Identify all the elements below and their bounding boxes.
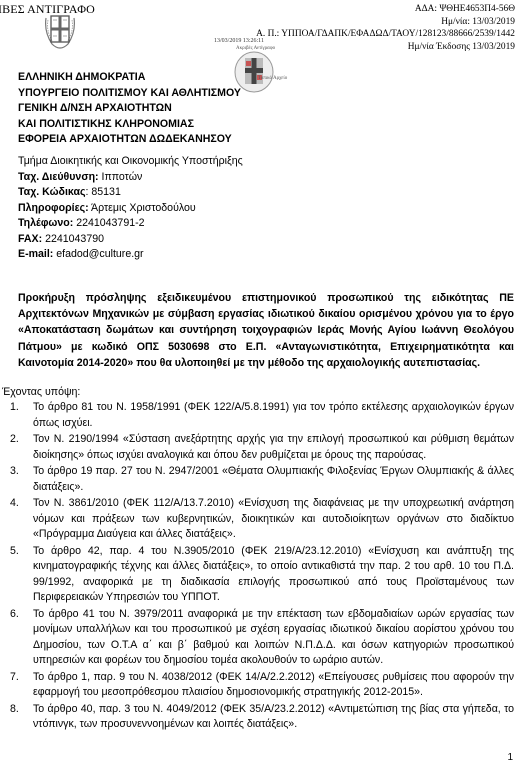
document-reference-block: ΑΔΑ: ΨΘΗΕ4653Π4-56Θ Ημ/νία: 13/03/2019 Α…: [256, 3, 515, 53]
protocol-number: Α. Π.: ΥΠΠΟΑ/ΓΔΑΠΚ/ΕΦΑΔΩΔ/ΤΑΟΥ/128123/88…: [256, 28, 515, 41]
phone-value: 2241043791-2: [73, 217, 144, 229]
fax-row: FAX: 2241043790: [18, 232, 243, 248]
list-item: 4.Τον Ν. 3861/2010 (ΦΕΚ 112/Α/13.7.2010)…: [10, 496, 514, 543]
issuing-authority-header: ΕΛΛΗΝΙΚΗ ΔΗΜΟΚΡΑΤΙΑ ΥΠΟΥΡΓΕΙΟ ΠΟΛΙΤΙΣΜΟΥ…: [18, 70, 241, 148]
list-item: 2.Τον Ν. 2190/1994 «Σύσταση ανεξάρτητης …: [10, 432, 514, 463]
email-label: E-mail:: [18, 248, 53, 260]
postal-code-label: Ταχ. Κώδικας: [18, 186, 85, 198]
greek-state-emblem-icon: [42, 10, 78, 52]
department-name: Τμήμα Διοικητικής και Οικονομικής Υποστή…: [18, 154, 243, 170]
fax-value: 2241043790: [42, 233, 104, 245]
page-number: 1: [507, 752, 513, 763]
postal-code-row: Ταχ. Κώδικας: 85131: [18, 185, 243, 201]
announcement-subject: Προκήρυξη πρόσληψης εξειδικευμένου επιστ…: [18, 290, 514, 371]
email-value: efadod@culture.gr: [53, 248, 143, 260]
list-item: 6.Το άρθρο 41 του Ν. 3979/2011 αναφορικά…: [10, 607, 514, 669]
email-row: E-mail: efadod@culture.gr: [18, 247, 243, 263]
list-item: 1.Το άρθρο 81 του Ν. 1958/1991 (ΦΕΚ 122/…: [10, 400, 514, 431]
address-label: Ταχ. Διεύθυνση:: [18, 171, 99, 183]
phone-row: Τηλέφωνο: 2241043791-2: [18, 216, 243, 232]
info-label: Πληροφορίες:: [18, 202, 89, 214]
info-value: Άρτεμις Χριστοδούλου: [89, 202, 196, 214]
signature-caption-top: Ακριβές Αντίγραφο: [236, 46, 275, 51]
considering-heading: Έχοντας υπόψη:: [2, 386, 80, 398]
authority-line-ephorate: ΕΦΟΡΕΙΑ ΑΡΧΑΙΟΤΗΤΩΝ ΔΩΔΕΚΑΝΗΣΟΥ: [18, 132, 241, 148]
postal-code-value: : 85131: [85, 186, 120, 198]
address-value: Ιπποτών: [99, 171, 143, 183]
authority-line-heritage: ΚΑΙ ΠΟΛΙΤΙΣΤΙΚΗΣ ΚΛΗΡΟΝΟΜΙΑΣ: [18, 117, 241, 133]
reference-date: Ημ/νία: 13/03/2019: [256, 16, 515, 29]
phone-label: Τηλέφωνο:: [18, 217, 73, 229]
info-contact-row: Πληροφορίες: Άρτεμις Χριστοδούλου: [18, 201, 243, 217]
signature-timestamp: 13/03/2019 13:26:11: [214, 38, 264, 44]
contact-details: Τμήμα Διοικητικής και Οικονομικής Υποστή…: [18, 154, 243, 263]
fax-label: FAX:: [18, 233, 42, 245]
ada-number: ΑΔΑ: ΨΘΗΕ4653Π4-56Θ: [256, 3, 515, 16]
list-item: 3.Το άρθρο 19 παρ. 27 του Ν. 2947/2001 «…: [10, 464, 514, 495]
authority-line-directorate: ΓΕΝΙΚΗ Δ/ΝΣΗ ΑΡΧΑΙΟΤΗΤΩΝ: [18, 101, 241, 117]
list-item: 5.Το άρθρο 42, παρ. 4 του Ν.3905/2010 (Φ…: [10, 544, 514, 606]
list-item: 8.Το άρθρο 40, παρ. 3 του Ν. 4049/2012 (…: [10, 702, 514, 733]
list-item: 7.Το άρθρο 1, παρ. 9 του Ν. 4038/2012 (Φ…: [10, 670, 514, 701]
address-row: Ταχ. Διεύθυνση: Ιπποτών: [18, 170, 243, 186]
signature-caption-bottom: Τοπικό Αρχείο: [258, 76, 287, 81]
authority-line-republic: ΕΛΛΗΝΙΚΗ ΔΗΜΟΚΡΑΤΙΑ: [18, 70, 241, 86]
legal-basis-list: 1.Το άρθρο 81 του Ν. 1958/1991 (ΦΕΚ 122/…: [10, 400, 514, 734]
authority-line-ministry: ΥΠΟΥΡΓΕΙΟ ΠΟΛΙΤΙΣΜΟΥ ΚΑΙ ΑΘΛΗΤΙΣΜΟΥ: [18, 86, 241, 102]
issue-date: Ημ/νία Έκδοσης 13/03/2019: [256, 41, 515, 54]
